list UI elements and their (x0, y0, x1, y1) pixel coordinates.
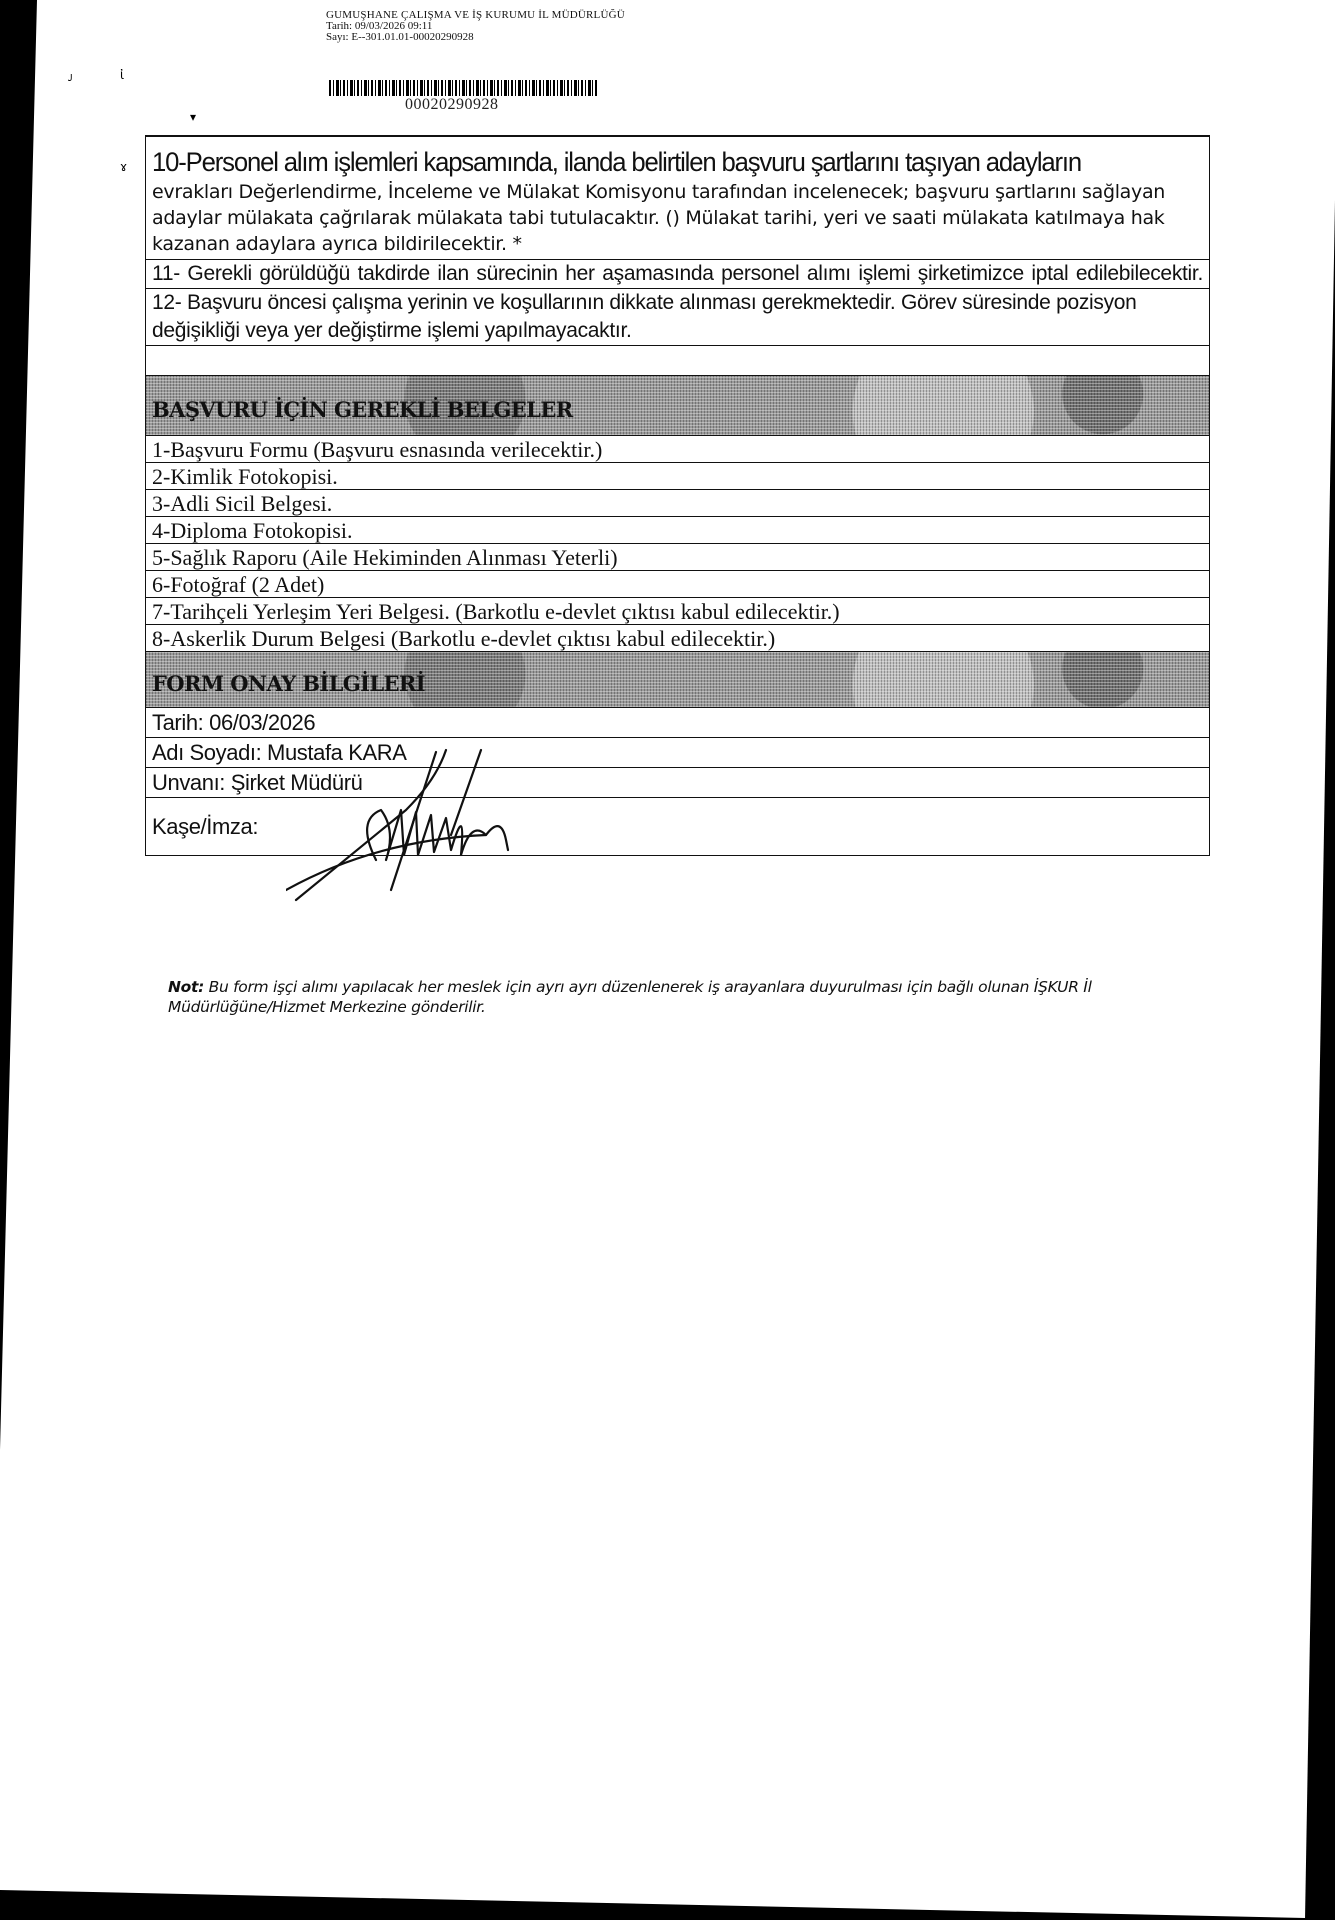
stamp-number: Sayı: E--301.01.01-00020290928 (326, 32, 626, 43)
document-item: 1-Başvuru Formu (Başvuru esnasında veril… (146, 436, 1209, 463)
note-text: Bu form işçi alımı yapılacak her meslek … (168, 978, 1092, 1016)
note-label: Not: (168, 978, 204, 996)
document-item: 7-Tarihçeli Yerleşim Yeri Belgesi. (Bark… (146, 598, 1209, 625)
scan-edge-bottom (0, 1880, 1335, 1920)
document-item: 3-Adli Sicil Belgesi. (146, 490, 1209, 517)
barcode-number: 00020290928 (405, 96, 535, 114)
approval-date: Tarih: 06/03/2026 (146, 708, 1209, 738)
required-documents-header: BAŞVURU İÇİN GEREKLİ BELGELER (146, 376, 1209, 436)
scan-speck: ἰ (120, 68, 124, 82)
form-approval-title: FORM ONAY BİLGİLERİ (152, 663, 425, 696)
scan-edge-left (0, 0, 40, 1920)
scan-speck: ɤ (120, 160, 127, 174)
required-documents-title: BAŞVURU İÇİN GEREKLİ BELGELER (152, 389, 573, 422)
approval-name: Adı Soyadı: Mustafa KARA (146, 738, 1209, 768)
barcode (329, 80, 597, 96)
approval-title: Unvanı: Şirket Müdürü (146, 768, 1209, 798)
article-12-text: 12- Başvuru öncesi çalışma yerinin ve ko… (152, 289, 1203, 345)
scan-speck: ᴊ (68, 70, 73, 84)
empty-row (146, 346, 1209, 376)
document-stamp: GUMUŞHANE ÇALIŞMA VE İŞ KURUMU İL MÜDÜRL… (326, 10, 626, 43)
article-12: 12- Başvuru öncesi çalışma yerinin ve ko… (146, 289, 1209, 346)
footer-note: Not: Bu form işçi alımı yapılacak her me… (168, 977, 1228, 1017)
article-11-text: 11- Gerekli görüldüğü takdirde ilan süre… (152, 260, 1203, 288)
scan-speck: ▾ (190, 110, 196, 124)
approval-signature-row: Kaşe/İmza: (146, 798, 1209, 856)
document-item: 5-Sağlık Raporu (Aile Hekiminden Alınmas… (146, 544, 1209, 571)
document-item: 6-Fotoğraf (2 Adet) (146, 571, 1209, 598)
article-10-text: evrakları Değerlendirme, İnceleme ve Mül… (152, 179, 1203, 257)
scan-edge-right (1295, 0, 1335, 1920)
document-item: 2-Kimlik Fotokopisi. (146, 463, 1209, 490)
document-item: 8-Askerlik Durum Belgesi (Barkotlu e-dev… (146, 625, 1209, 652)
article-10-lead: 10-Personel alım işlemleri kapsamında, i… (152, 145, 1150, 179)
article-11: 11- Gerekli görüldüğü takdirde ilan süre… (146, 260, 1209, 289)
application-form: 10-Personel alım işlemleri kapsamında, i… (145, 135, 1210, 856)
stamp-signature-label: Kaşe/İmza: (152, 812, 258, 841)
document-item: 4-Diploma Fotokopisi. (146, 517, 1209, 544)
article-10: 10-Personel alım işlemleri kapsamında, i… (146, 137, 1209, 260)
form-approval-header: FORM ONAY BİLGİLERİ (146, 652, 1209, 708)
